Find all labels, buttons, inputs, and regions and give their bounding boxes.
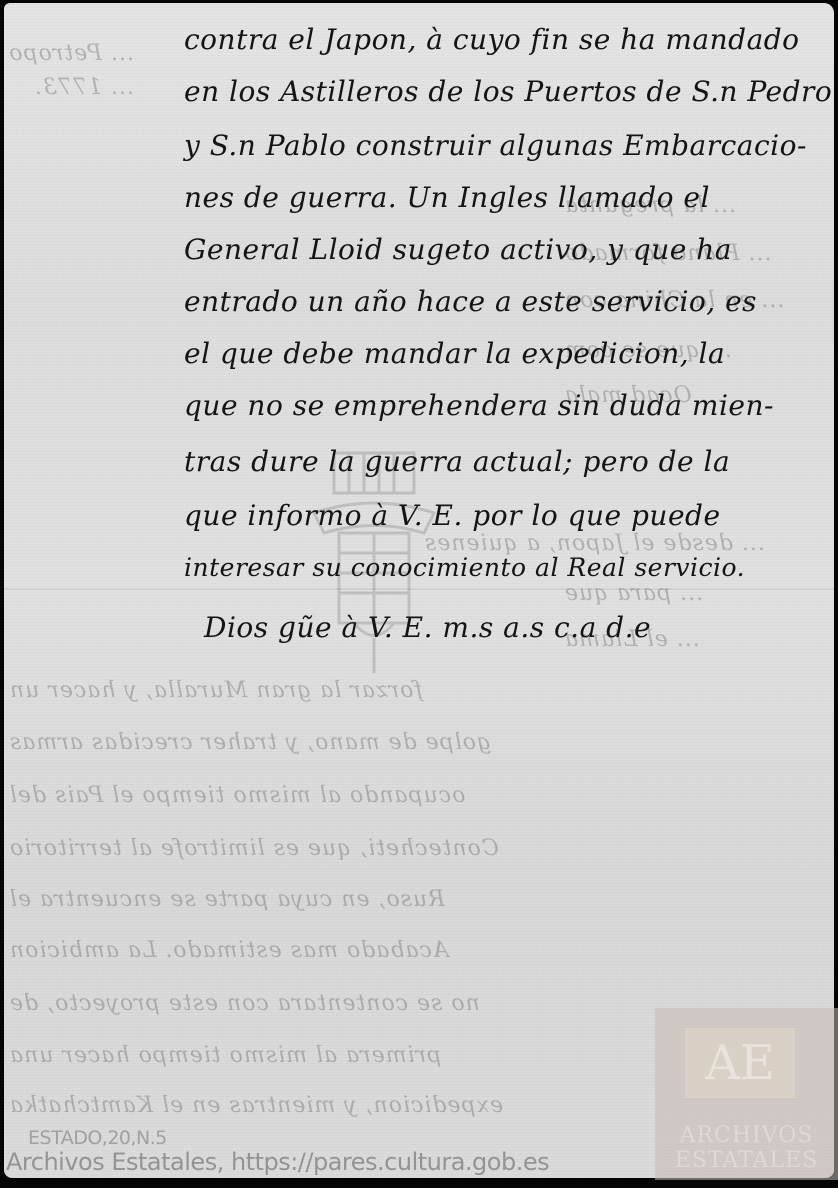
archivos-estatales-logo: AE ARCHIVOS ESTATALES xyxy=(655,1008,838,1180)
closing-salutation: Dios gũe à V. E. m.s a.s c.a d.e xyxy=(204,611,651,644)
bleed-through-line: ... 1773. xyxy=(44,75,134,100)
manuscript-line: el que debe mandar la expedicion, la xyxy=(184,337,725,370)
manuscript-line: contra el Japon, à cuyo fin se ha mandad… xyxy=(184,23,800,56)
bleed-through-line: golpe de mano, y traher crecidas armas xyxy=(9,730,649,755)
logo-mark: AE xyxy=(685,1028,795,1098)
bleed-through-line: primera al mismo tiempo hacer una xyxy=(9,1043,649,1068)
bleed-through-line: Acabado mas estimado. La ambicion xyxy=(9,938,649,963)
bleed-through-line: ... para que xyxy=(564,581,834,606)
manuscript-line: nes de guerra. Un Ingles llamado el xyxy=(184,181,710,214)
bleed-through-line: Ruso, en cuya parte se encuentra el xyxy=(9,887,649,912)
manuscript-line: que no se emprehendera sin duda mien- xyxy=(184,389,774,422)
archive-credit: Archivos Estatales, https://pares.cultur… xyxy=(6,1148,549,1176)
manuscript-line: en los Astilleros de los Puertos de S.n … xyxy=(184,75,832,108)
manuscript-line: y S.n Pablo construir algunas Embarcacio… xyxy=(184,129,807,162)
manuscript-line: interesar su conocimiento al Real servic… xyxy=(184,553,745,582)
manuscript-line: tras dure la guerra actual; pero de la xyxy=(184,445,730,478)
bleed-through-line: Contecheti, que es limitrofe al territor… xyxy=(9,836,649,861)
manuscript-line: General Lloid sugeto activo, y que ha xyxy=(184,233,732,266)
bleed-through-line: expedicion, y mientras en el Kamtchatka xyxy=(9,1093,649,1118)
manuscript-line: entrado un año hace a este servicio, es xyxy=(184,285,757,318)
manuscript-line: que informo à V. E. por lo que puede xyxy=(184,499,721,532)
bleed-through-line: ... Petropo xyxy=(24,41,134,66)
archive-reference: ESTADO,20,N.5 xyxy=(28,1127,167,1149)
bleed-through-line: no se contentara con este proyecto, de xyxy=(9,991,649,1016)
bleed-through-line: forzar la gran Muralla, y hacer un xyxy=(9,678,649,703)
bleed-through-line: ocupando al mismo tiempo el Pais del xyxy=(9,783,649,808)
logo-text-line2: ESTATALES xyxy=(655,1148,838,1173)
logo-text-line1: ARCHIVOS xyxy=(655,1123,838,1148)
manuscript-page: ... Petropo ... 1773. ... la pregunta ..… xyxy=(4,3,834,1178)
